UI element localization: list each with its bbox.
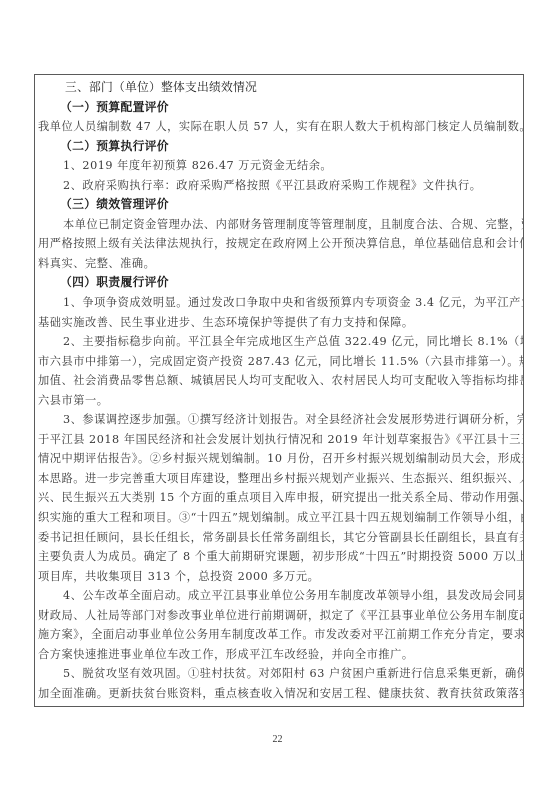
paragraph-line: 于平江县 2018 年国民经济和社会发展计划执行情况和 2019 年计划草案报告…	[38, 430, 520, 450]
content-frame: 三、部门（单位）整体支出绩效情况 （一）预算配置评价 我单位人员编制数 47 人…	[34, 74, 524, 707]
section-title: 三、部门（单位）整体支出绩效情况	[38, 78, 520, 98]
paragraph-line: 施方案》，全面启动事业单位公务用车制度改革工作。市发改委对平江前期工作充分肯定，…	[38, 625, 520, 645]
paragraph-line: 4、公车改革全面启动。成立平江县事业单位公务用车制度改革领导小组，县发改局会同县…	[38, 586, 520, 606]
paragraph-line: 加全面准确。更新扶贫台账资料，重点核查收入情况和安居工程、健康扶贫、教育扶贫政策…	[38, 684, 520, 704]
paragraph-line: 3、参谋调控逐步加强。①撰写经济计划报告。对全县经济社会发展形势进行调研分析，完…	[38, 410, 520, 430]
paragraph-line: 加值、社会消费品零售总额、城镇居民人均可支配收入、农村居民人均可支配收入等指标均…	[38, 371, 520, 391]
paragraph-line: 料真实、完整、准确。	[38, 254, 520, 274]
paragraph-line: 情况中期评估报告》。②乡村振兴规划编制。10 月份，召开乡村振兴规划编制动员大会…	[38, 449, 520, 469]
paragraph-line: 我单位人员编制数 47 人，实际在职人员 57 人，实有在职人数大于机构部门核定…	[38, 117, 520, 137]
paragraph-line: 1、2019 年度年初预算 826.47 万元资金无结余。	[38, 156, 520, 176]
paragraph-line: 本思路。进一步完善重大项目库建设，整理出乡村振兴规划产业振兴、生态振兴、组织振兴…	[38, 469, 520, 489]
heading-performance-management: （三）绩效管理评价	[38, 195, 520, 215]
heading-budget-execution: （二）预算执行评价	[38, 137, 520, 157]
paragraph-line: 主要负责人为成员。确定了 8 个重大前期研究课题，初步形成“十四五”时期投资 5…	[38, 547, 520, 567]
page-number: 22	[0, 734, 555, 745]
paragraph-line: 委书记担任顾问，县长任组长，常务副县长任常务副组长，其它分管副县长任副组长，县直…	[38, 528, 520, 548]
paragraph-line: 市六县市中排第一），完成固定资产投资 287.43 亿元，同比增长 11.5%（…	[38, 352, 520, 372]
paragraph-line: 项目库，共收集项目 313 个，总投资 2000 多万元。	[38, 567, 520, 587]
paragraph-line: 全年组织八次集中大走访，结合“送温暖、解难题”、农村人居环境整治、“空城行动”等…	[38, 704, 520, 708]
paragraph-line: 兴、民生振兴五大类别 15 个方面的重点项目入库申报，研究提出一批关系全局、带动…	[38, 488, 520, 508]
heading-duty-performance: （四）职责履行评价	[38, 273, 520, 293]
paragraph-line: 5、脱贫攻坚有效巩固。①驻村扶贫。对郊阳村 63 户贫困户重新进行信息采集更新，…	[38, 664, 520, 684]
paragraph-line: 本单位已制定资金管理办法、内部财务管理制度等管理制度，且制度合法、合规、完整，资…	[38, 215, 520, 235]
paragraph-line: 1、争项争资成效明显。通过发改口争取中央和省级预算内专项资金 3.4 亿元，为平…	[38, 293, 520, 313]
paragraph-line: 用严格按照上级有关法律法规执行，按规定在政府网上公开预决算信息，单位基础信息和会…	[38, 234, 520, 254]
paragraph-line: 2、政府采购执行率：政府采购严格按照《平江县政府采购工作规程》文件执行。	[38, 176, 520, 196]
paragraph-line: 基础实施改善、民生事业进步、生态环境保护等提供了有力支持和保障。	[38, 313, 520, 333]
paragraph-line: 六县市第一。	[38, 391, 520, 411]
paragraph-line: 财政局、人社局等部门对参改事业单位进行前期调研，拟定了《平江县事业单位公务用车制…	[38, 606, 520, 626]
paragraph-line: 织实施的重大工程和项目。③“十四五”规划编制。成立平江县十四五规划编制工作领导小…	[38, 508, 520, 528]
heading-budget-allocation: （一）预算配置评价	[38, 98, 520, 118]
paragraph-line: 合方案快速推进事业单位车改工作，形成平江车改经验，并向全市推广。	[38, 645, 520, 665]
paragraph-line: 2、主要指标稳步向前。平江县全年完成地区生产总值 322.49 亿元，同比增长 …	[38, 332, 520, 352]
